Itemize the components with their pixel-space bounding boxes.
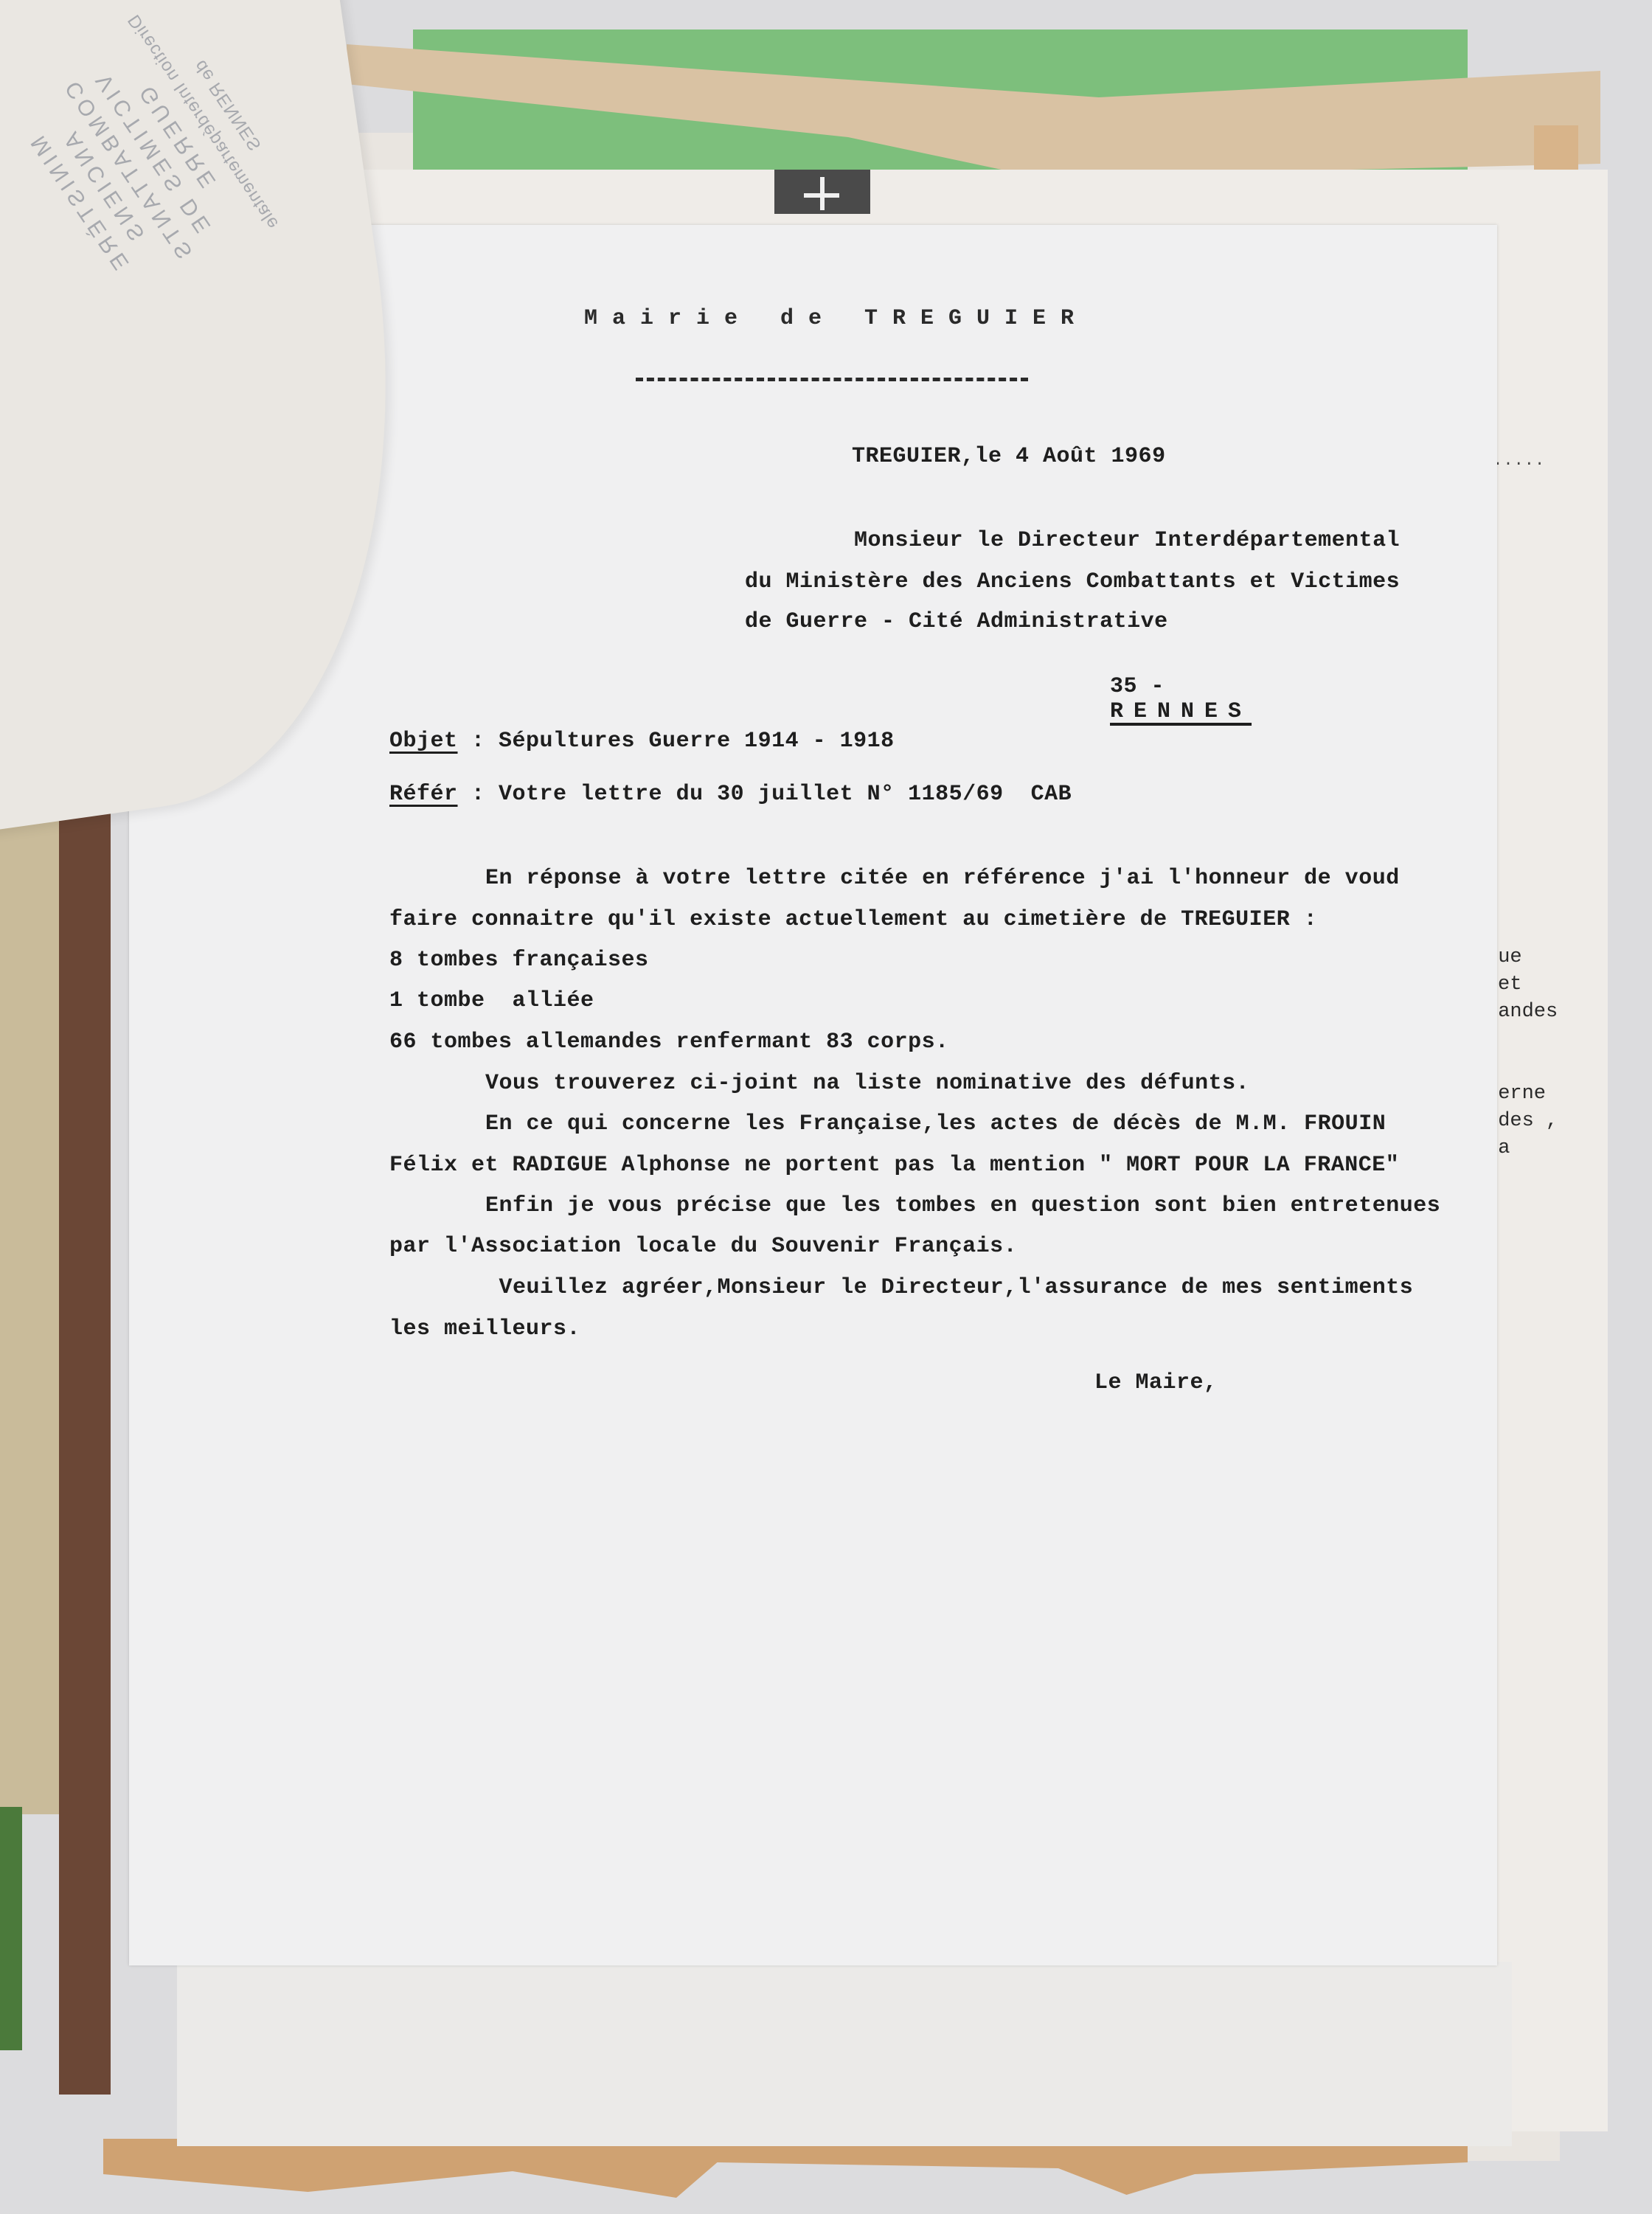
- refer-label: Référ: [389, 782, 458, 807]
- reference-line: Référ : Votre lettre du 30 juillet N° 11…: [389, 782, 1072, 807]
- signature: Le Maire,: [1094, 1370, 1218, 1395]
- body-line: 1 tombe alliée: [389, 988, 594, 1013]
- recipient-line-3: de Guerre - Cité Administrative: [745, 609, 1168, 634]
- recipient-line-2: du Ministère des Anciens Combattants et …: [745, 569, 1400, 594]
- body-line: Enfin je vous précise que les tombes en …: [485, 1193, 1440, 1218]
- body-line: Veuillez agréer,Monsieur le Directeur,l'…: [485, 1275, 1413, 1300]
- body-line: En ce qui concerne les Française,les act…: [485, 1111, 1386, 1137]
- underlying-sheet-bottom: [177, 1962, 1512, 2146]
- recipient-city-line: 35 - RENNES: [1083, 649, 1252, 724]
- letterhead-rule: [636, 378, 1028, 381]
- objet-line: Objet : Sépultures Guerre 1914 - 1918: [389, 729, 895, 754]
- letterhead: Mairie de TREGUIER: [584, 306, 1089, 331]
- brown-folder-spine: [59, 605, 111, 2095]
- objet-label: Objet: [389, 729, 458, 754]
- recipient-line-1: Monsieur le Directeur Interdépartemental: [854, 528, 1400, 553]
- body-line: Vous trouverez ci-joint na liste nominat…: [485, 1071, 1249, 1096]
- body-line: 8 tombes françaises: [389, 948, 649, 973]
- body-line: par l'Association locale du Souvenir Fra…: [389, 1234, 1017, 1259]
- body-line: faire connaitre qu'il existe actuellemen…: [389, 907, 1317, 932]
- place-date: TREGUIER,le 4 Août 1969: [852, 444, 1166, 469]
- left-green-folder-edge: [0, 1807, 22, 2050]
- body-line: En réponse à votre lettre citée en référ…: [485, 866, 1400, 891]
- objet-text: : Sépultures Guerre 1914 - 1918: [458, 729, 895, 754]
- cross-icon-bar: [804, 193, 839, 198]
- body-line: Félix et RADIGUE Alphonse ne portent pas…: [389, 1153, 1399, 1178]
- torn-kraft-edge-bottom: [103, 2139, 1468, 2198]
- body-line: 66 tombes allemandes renfermant 83 corps…: [389, 1030, 949, 1055]
- refer-text: : Votre lettre du 30 juillet N° 1185/69 …: [458, 782, 1072, 807]
- recipient-city: RENNES: [1110, 699, 1252, 724]
- recipient-dept: 35 -: [1110, 674, 1165, 699]
- body-line: les meilleurs.: [389, 1316, 580, 1342]
